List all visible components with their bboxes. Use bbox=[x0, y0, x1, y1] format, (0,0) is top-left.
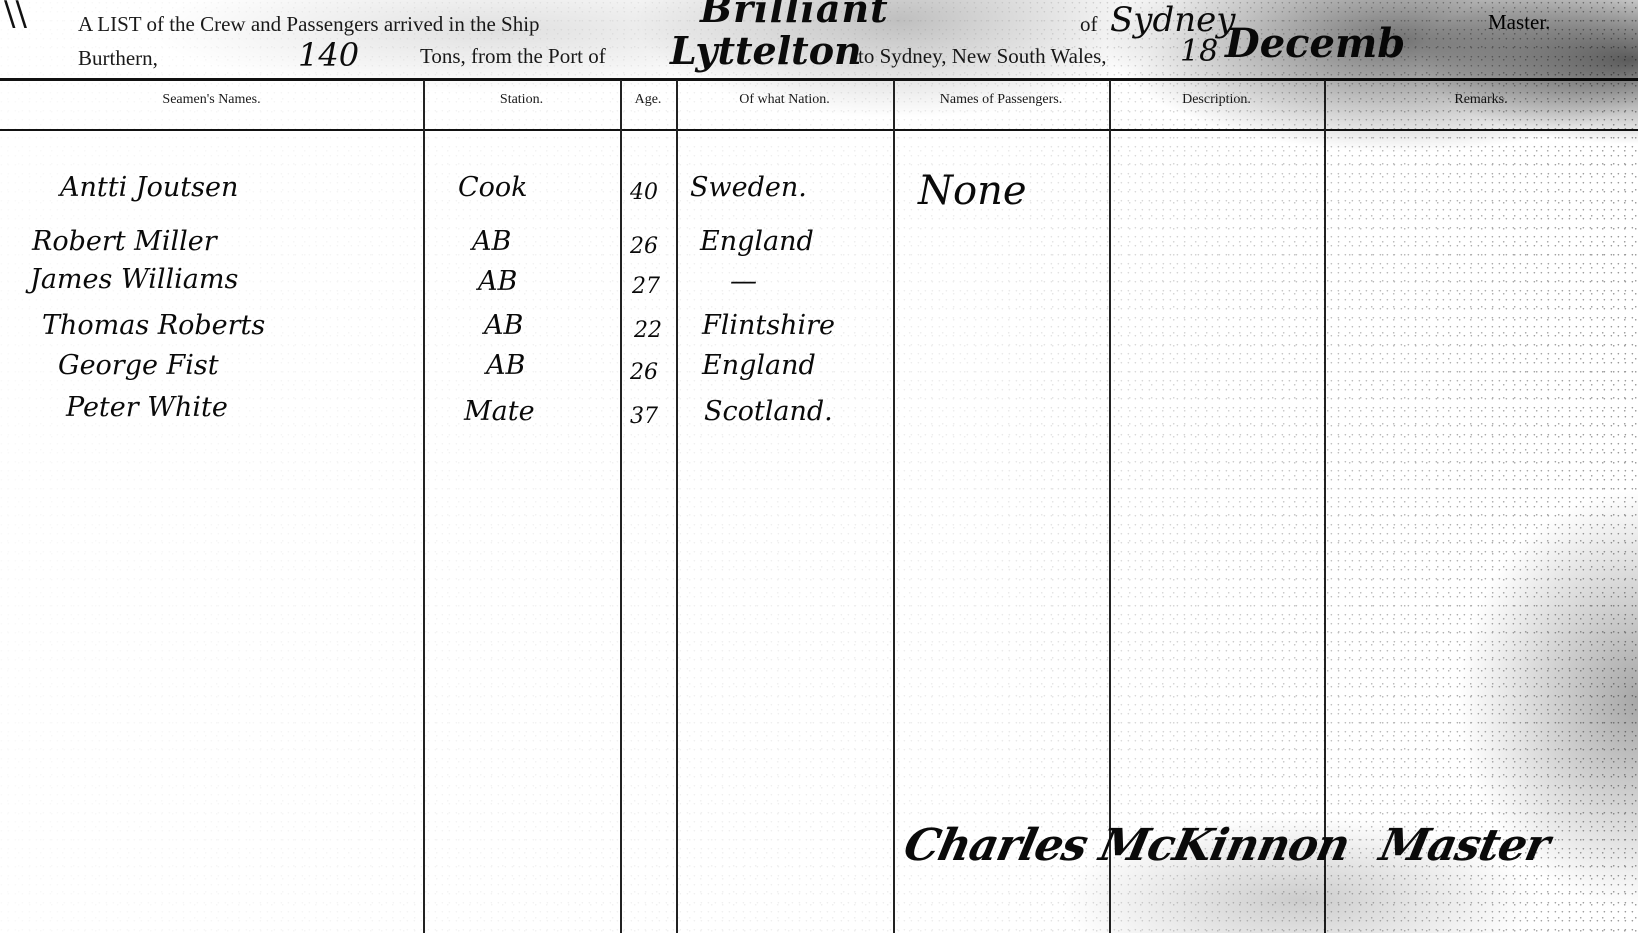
crew-station: Mate bbox=[464, 396, 535, 427]
crew-name: Antti Joutsen bbox=[60, 172, 238, 203]
column-divider bbox=[620, 80, 622, 933]
burthen-label: Burthern, bbox=[78, 46, 158, 71]
signature-title: Master bbox=[1375, 820, 1553, 871]
crew-station: AB bbox=[478, 266, 517, 297]
header-rule-bottom bbox=[0, 129, 1638, 131]
column-divider bbox=[423, 80, 425, 933]
column-divider bbox=[676, 80, 678, 933]
column-divider bbox=[1109, 80, 1111, 933]
master-signature: Charles McKinnon Master bbox=[900, 820, 1554, 871]
column-header-age: Age. bbox=[620, 92, 676, 108]
form-header-line-1: A LIST of the Crew and Passengers arrive… bbox=[78, 12, 540, 37]
crew-name: Thomas Roberts bbox=[42, 310, 265, 341]
crew-age: 27 bbox=[632, 274, 660, 299]
tons-value: 140 bbox=[298, 36, 359, 74]
scan-speckle bbox=[0, 0, 1638, 933]
date-day: 18 bbox=[1180, 34, 1218, 69]
crew-name: James Williams bbox=[30, 264, 238, 295]
scan-shading bbox=[0, 0, 1638, 933]
crew-name: Peter White bbox=[66, 392, 228, 423]
tons-from-port-label: Tons, from the Port of bbox=[420, 44, 606, 69]
crew-station: Cook bbox=[458, 172, 528, 203]
column-header-passengers: Names of Passengers. bbox=[893, 92, 1109, 108]
ship-name: Brilliant bbox=[700, 0, 889, 31]
column-header-description: Description. bbox=[1109, 92, 1324, 108]
column-divider bbox=[893, 80, 895, 933]
crew-nation: England bbox=[702, 350, 816, 381]
date-month: Decemb bbox=[1225, 20, 1405, 67]
passengers-entry: None bbox=[918, 168, 1027, 214]
column-header-remarks: Remarks. bbox=[1324, 92, 1638, 108]
crew-age: 37 bbox=[630, 404, 658, 429]
crew-nation: Scotland. bbox=[704, 396, 833, 427]
destination-label: to Sydney, New South Wales, bbox=[858, 44, 1107, 69]
crew-age: 26 bbox=[630, 360, 658, 385]
header-rule-top bbox=[0, 78, 1638, 81]
crew-nation: Flintshire bbox=[702, 310, 835, 341]
column-header-nation: Of what Nation. bbox=[676, 92, 893, 108]
crew-station: AB bbox=[484, 310, 523, 341]
crew-age: 26 bbox=[630, 234, 658, 259]
column-divider bbox=[1324, 80, 1326, 933]
crew-name: Robert Miller bbox=[32, 226, 217, 257]
crew-age: 40 bbox=[630, 180, 658, 205]
list-title-printed: A LIST of the Crew and Passengers arrive… bbox=[78, 12, 540, 36]
from-port: Lyttelton bbox=[670, 28, 862, 73]
crew-station: AB bbox=[486, 350, 525, 381]
crew-nation: — bbox=[730, 266, 757, 297]
crew-nation: England bbox=[700, 226, 814, 257]
crew-station: AB bbox=[472, 226, 511, 257]
master-label: Master. bbox=[1488, 10, 1550, 35]
column-header-station: Station. bbox=[423, 92, 620, 108]
column-header-seamens-names: Seamen's Names. bbox=[0, 92, 423, 108]
corner-mark: \\ bbox=[4, 0, 27, 34]
crew-name: George Fist bbox=[58, 350, 219, 381]
crew-nation: Sweden. bbox=[690, 172, 807, 203]
of-label: of bbox=[1080, 12, 1098, 37]
signature-name: Charles McKinnon bbox=[900, 820, 1354, 871]
crew-age: 22 bbox=[634, 318, 662, 343]
